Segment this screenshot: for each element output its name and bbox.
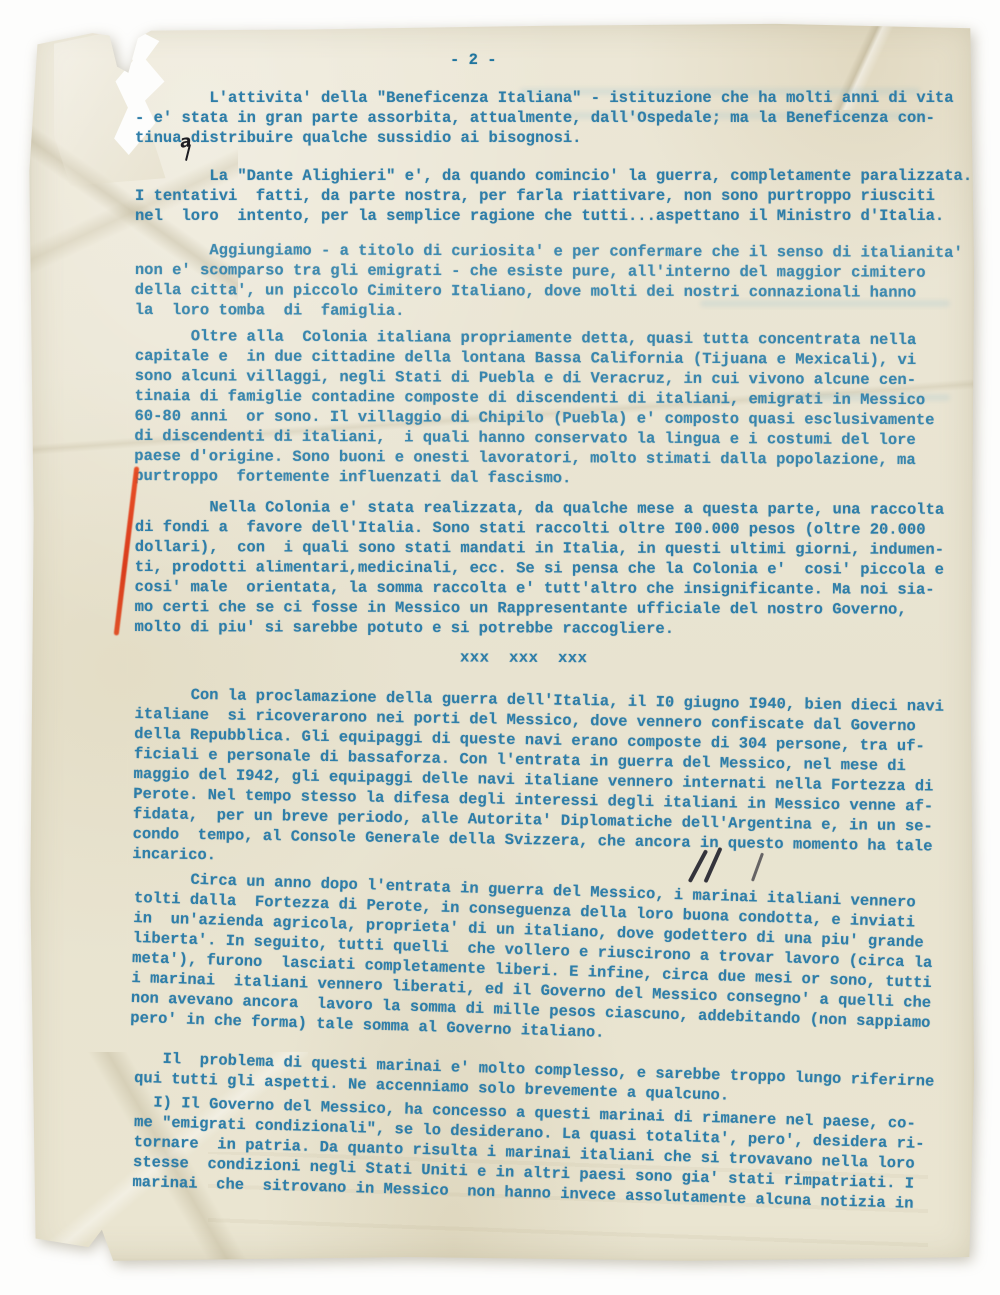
text-line: molto di piu' si sarebbe potuto e si pot… <box>135 617 976 640</box>
paragraph-marinai-liberati: Circa un anno dopo l'entrata in guerra d… <box>130 868 976 1054</box>
paragraph-villaggi-italiani: Oltre alla Colonia italiana propriamente… <box>134 326 976 490</box>
paragraph-cimitero-italiano: Aggiungiamo - a titolo di curiosita' e p… <box>135 240 976 323</box>
paragraph-emigrati-condizionali: I) Il Governo del Messico, ha concesso a… <box>132 1092 975 1215</box>
text-line: La "Dante Alighieri" e', da quando comin… <box>135 166 976 186</box>
section-separator: xxx xxx xxx <box>135 646 976 670</box>
text-line: I tentativi fatti, da parte nostra, per … <box>135 186 976 206</box>
text-line: la loro tomba di famiglia. <box>135 300 976 323</box>
paragraph-raccolta-fondi: Nella Colonia e' stata realizzata, da qu… <box>135 497 976 640</box>
text-line: nel loro intento, per la semplice ragion… <box>135 206 976 226</box>
document-page: - 2 - L'attivita' della "Beneficenza Ita… <box>28 22 975 1262</box>
pencil-scribble <box>684 846 774 894</box>
paragraph-navi-internate: Con la proclamazione della guerra dell'I… <box>132 684 976 877</box>
typewritten-text: - 2 - L'attivita' della "Beneficenza Ita… <box>135 22 976 1192</box>
text-line: tinuaadistribuire qualche sussidio ai bi… <box>135 128 976 148</box>
text-line: - e' stata in gran parte assorbita, attu… <box>135 108 976 128</box>
paragraph-beneficenza: L'attivita' della "Beneficenza Italiana"… <box>135 88 976 148</box>
text-line: L'attivita' della "Beneficenza Italiana"… <box>135 88 976 108</box>
paragraph-dante-alighieri: La "Dante Alighieri" e', da quando comin… <box>135 166 976 226</box>
scan-background: - 2 - L'attivita' della "Beneficenza Ita… <box>0 0 1000 1295</box>
page-number: - 2 - <box>135 50 976 70</box>
